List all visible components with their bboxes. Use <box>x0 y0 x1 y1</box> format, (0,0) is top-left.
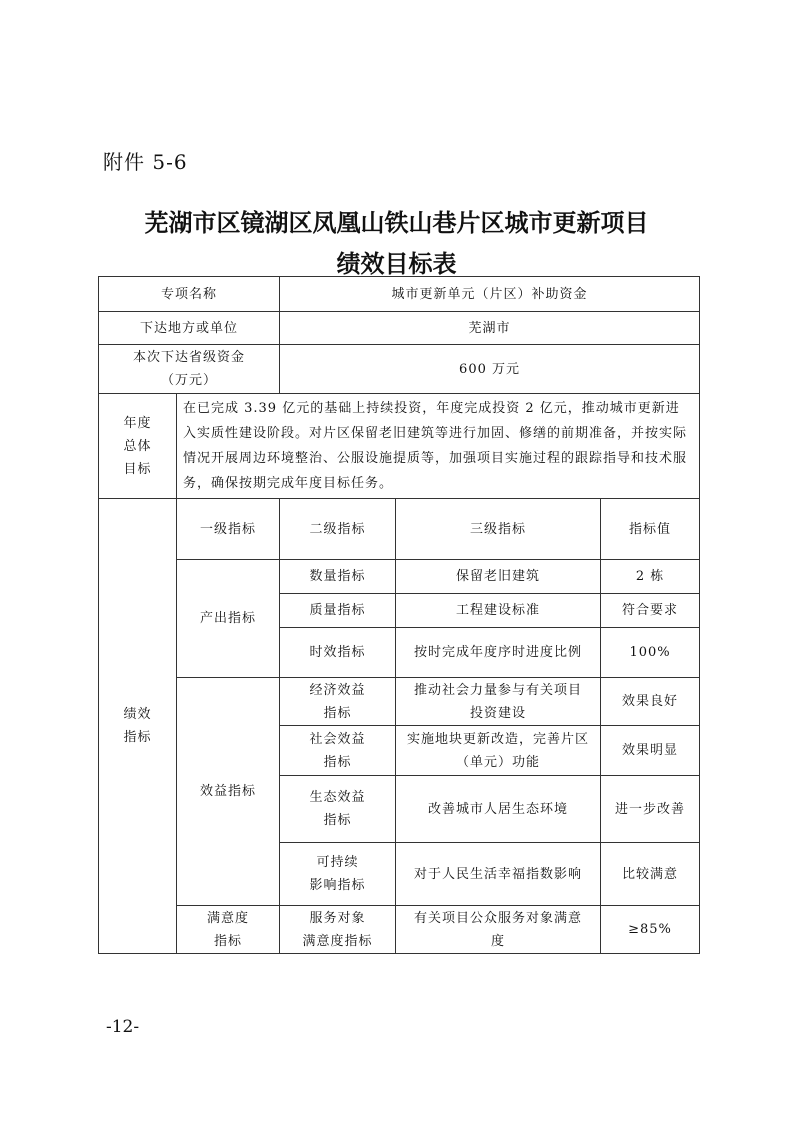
performance-target-table: 专项名称 城市更新单元（片区）补助资金 下达地方或单位 芜湖市 本次下达省级资金… <box>98 276 700 954</box>
value-cell: 符合要求 <box>601 594 700 628</box>
table-row: 产出指标 数量指标 保留老旧建筑 2 栋 <box>99 560 700 594</box>
level2-cell: 数量指标 <box>280 560 396 594</box>
level3-cell: 实施地块更新改造，完善片区 （单元）功能 <box>396 726 601 776</box>
level3-cell: 工程建设标准 <box>396 594 601 628</box>
header-level3: 三级指标 <box>396 499 601 560</box>
level2-cell: 社会效益 指标 <box>280 726 396 776</box>
output-indicator-label: 产出指标 <box>177 560 280 678</box>
level2-cell: 生态效益 指标 <box>280 776 396 843</box>
level2-cell: 经济效益 指标 <box>280 678 396 726</box>
recipient-row: 下达地方或单位 芜湖市 <box>99 312 700 345</box>
level3-cell: 推动社会力量参与有关项目 投资建设 <box>396 678 601 726</box>
indicators-section-label: 绩效 指标 <box>99 499 177 954</box>
annual-goal-text: 在已完成 3.39 亿元的基础上持续投资，年度完成投资 2 亿元，推动城市更新进… <box>177 394 700 499</box>
level3-cell: 按时完成年度序时进度比例 <box>396 628 601 678</box>
value-cell: ≥85% <box>601 906 700 954</box>
header-level1: 一级指标 <box>177 499 280 560</box>
level3-cell: 有关项目公众服务对象满意 度 <box>396 906 601 954</box>
level3-cell: 改善城市人居生态环境 <box>396 776 601 843</box>
document-subtitle: 绩效目标表 <box>0 244 793 279</box>
indicator-header-row: 绩效 指标 一级指标 二级指标 三级指标 指标值 <box>99 499 700 560</box>
annual-goal-label: 年度 总体 目标 <box>99 394 177 499</box>
annual-goal-row: 年度 总体 目标 在已完成 3.39 亿元的基础上持续投资，年度完成投资 2 亿… <box>99 394 700 499</box>
document-title: 芜湖市区镜湖区凤凰山铁山巷片区城市更新项目 <box>0 203 793 238</box>
recipient-label: 下达地方或单位 <box>99 312 280 345</box>
benefit-indicator-label: 效益指标 <box>177 678 280 906</box>
value-cell: 进一步改善 <box>601 776 700 843</box>
recipient-value: 芜湖市 <box>280 312 700 345</box>
value-cell: 100% <box>601 628 700 678</box>
project-name-row: 专项名称 城市更新单元（片区）补助资金 <box>99 277 700 312</box>
level3-cell: 保留老旧建筑 <box>396 560 601 594</box>
value-cell: 效果良好 <box>601 678 700 726</box>
funds-label: 本次下达省级资金 （万元） <box>99 345 280 394</box>
funds-row: 本次下达省级资金 （万元） 600 万元 <box>99 345 700 394</box>
level2-cell: 时效指标 <box>280 628 396 678</box>
attachment-label: 附件 5-6 <box>103 146 188 175</box>
satisfaction-indicator-label: 满意度 指标 <box>177 906 280 954</box>
level3-cell: 对于人民生活幸福指数影响 <box>396 843 601 906</box>
project-name-label: 专项名称 <box>99 277 280 312</box>
value-cell: 比较满意 <box>601 843 700 906</box>
header-value: 指标值 <box>601 499 700 560</box>
project-name-value: 城市更新单元（片区）补助资金 <box>280 277 700 312</box>
table-row: 效益指标 经济效益 指标 推动社会力量参与有关项目 投资建设 效果良好 <box>99 678 700 726</box>
level2-cell: 服务对象 满意度指标 <box>280 906 396 954</box>
value-cell: 效果明显 <box>601 726 700 776</box>
level2-cell: 质量指标 <box>280 594 396 628</box>
level2-cell: 可持续 影响指标 <box>280 843 396 906</box>
page-number: -12- <box>106 1017 139 1037</box>
value-cell: 2 栋 <box>601 560 700 594</box>
table-row: 满意度 指标 服务对象 满意度指标 有关项目公众服务对象满意 度 ≥85% <box>99 906 700 954</box>
funds-value: 600 万元 <box>280 345 700 394</box>
header-level2: 二级指标 <box>280 499 396 560</box>
